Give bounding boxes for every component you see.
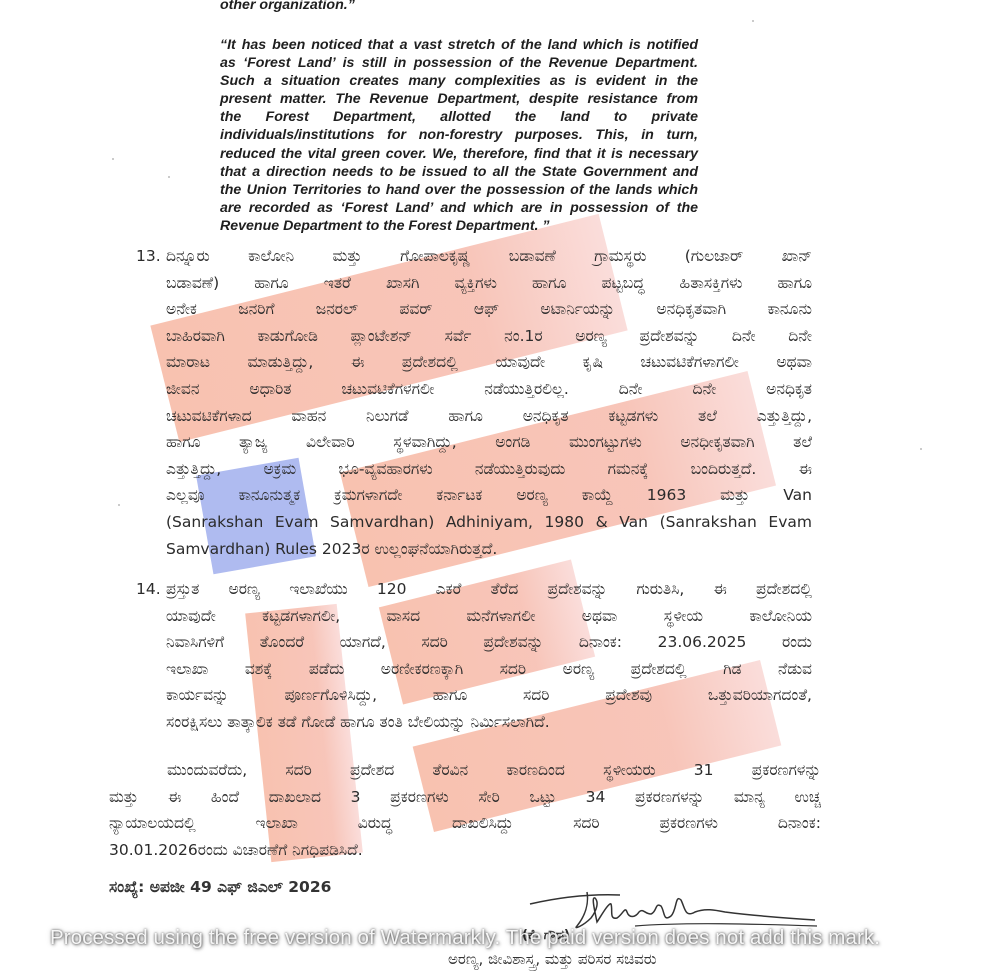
text-line: ಕಾರ್ಯವನ್ನು ಪೂರ್ಣಗೊಳಿಸಿದ್ದು, ಹಾಗೂ ಸದರಿ ಪ್…: [166, 682, 812, 709]
text-line: that a direction needs to be issued to a…: [220, 163, 698, 181]
paragraph-14-body: ಪ್ರಸ್ತುತ ಅರಣ್ಯ ಇಲಾಖೆಯು 120 ಎಕರೆ ತೆರೆದ ಪ್…: [166, 576, 812, 736]
reference-number: ಸಂಖ್ಯೆ: ಅಪಜೀ 49 ಎಫ್ ಜಿಎಲ್ 2026: [109, 878, 331, 897]
scan-speck: [752, 20, 754, 22]
text-line: ಹಾಗೂ ತ್ಯಾಜ್ಯ ವಿಲೇವಾರಿ ಸ್ಥಳವಾಗಿದ್ದು, ಅಂಗಡ…: [166, 429, 812, 456]
text-line: ಬಡಾವಣೆ) ಹಾಗೂ ಇತರೆ ಖಾಸಗಿ ವ್ಯಕ್ತಿಗಳು ಹಾಗೂ …: [166, 270, 812, 297]
text-line: ನ್ಯಾಯಾಲಯದಲ್ಲಿ ಇಲಾಖಾ ವಿರುದ್ಧ ದಾಖಲಿಸಿದ್ದು …: [109, 810, 821, 837]
text-line: ಚಟುವಟಿಕೆಗಳಾದ ವಾಹನ ನಿಲುಗಡೆ ಹಾಗೂ ಅನಧಿಕೃತ ಕ…: [166, 403, 812, 430]
paragraph-number: 14.: [136, 576, 161, 603]
text-line: present matter. The Revenue Department, …: [220, 90, 698, 108]
text-line: ಬಾಹಿರವಾಗಿ ಕಾಡುಗೋಡಿ ಪ್ಲಾಂಟೇಶನ್ ಸರ್ವೆ ನಂ.1…: [166, 323, 812, 350]
text-line: Revenue Department to the Forest Departm…: [220, 217, 698, 235]
text-line: as ‘Forest Land’ is still in possession …: [220, 54, 698, 72]
scan-speck: [920, 448, 922, 450]
text-line: Samvardhan) Rules 2023ರ ಉಲ್ಲಂಘನೆಯಾಗಿರುತ್…: [166, 536, 812, 563]
text-line: ಎತ್ತುತ್ತಿದ್ದು, ಅಕ್ರಮ ಭೂ-ವ್ಯವಹಾರಗಳು ನಡೆಯು…: [166, 456, 812, 483]
text-line: ದಿನ್ನೂರು ಕಾಲೋನಿ ಮತ್ತು ಗೋಪಾಲಕೃಷ್ಣ ಬಡಾವಣೆ …: [166, 243, 812, 270]
signatory-designation: ಅರಣ್ಯ, ಜೀವಿಶಾಸ್ತ್ರ, ಮತ್ತು ಪರಿಸರ ಸಚಿವರು: [448, 950, 657, 968]
text-line: ಜೀವನ ಅಧಾರಿತ ಚಟುವಟಿಕೆಗಳಗಲೀ ನಡೆಯುತ್ತಿರಲಿಲ್…: [166, 376, 812, 403]
paragraph-13: 13. ದಿನ್ನೂರು ಕಾಲೋನಿ ಮತ್ತು ಗೋಪಾಲಕೃಷ್ಣ ಬಡಾ…: [136, 243, 812, 562]
text-line: (Sanrakshan Evam Samvardhan) Adhiniyam, …: [166, 509, 812, 536]
text-line: 30.01.2026ರಂದು ವಿಚಾರಣೆಗೆ ನಿಗಧಿಪಡಿಸಿದೆ.: [109, 837, 821, 864]
text-line: reduced the vital green cover. We, there…: [220, 145, 698, 163]
text-line: the Forest Department, allotted the land…: [220, 108, 698, 126]
text-line: ನಿವಾಸಿಗಳಿಗೆ ತೊಂದರೆ ಯಾಗದೆ, ಸದರಿ ಪ್ರದೇಶವನ್…: [166, 629, 812, 656]
court-quote: “It has been noticed that a vast stretch…: [220, 36, 698, 235]
text-line: ಮುಂದುವರೆದು, ಸದರಿ ಪ್ರದೇಶದ ತೆರವಿನ ಕಾರಣದಿಂದ…: [109, 757, 821, 784]
text-line: “It has been noticed that a vast stretch…: [220, 36, 698, 54]
quote-line: other organization.”: [220, 0, 698, 14]
paragraph-14: 14. ಪ್ರಸ್ತುತ ಅರಣ್ಯ ಇಲಾಖೆಯು 120 ಎಕರೆ ತೆರೆ…: [136, 576, 812, 736]
scan-speck: [112, 158, 114, 160]
text-line: ಪ್ರಸ್ತುತ ಅರಣ್ಯ ಇಲಾಖೆಯು 120 ಎಕರೆ ತೆರೆದ ಪ್…: [166, 576, 812, 603]
text-line: ಮಾರಾಟ ಮಾಡುತ್ತಿದ್ದು, ಈ ಪ್ರದೇಶದಲ್ಲಿ ಯಾವುದೇ…: [166, 349, 812, 376]
scan-speck: [168, 176, 170, 178]
text-line: individuals/institutions for non-forestr…: [220, 126, 698, 144]
watermark-banner: Processed using the free version of Wate…: [50, 926, 950, 950]
text-line: ಎಲ್ಲವೂ ಕಾನೂನುತ್ಮಕ ಕ್ರಮಗಳಾಗದೇ ಕರ್ನಾಟಕ ಅರಣ…: [166, 482, 812, 509]
text-line: the Union Territories to hand over the p…: [220, 181, 698, 199]
document-page: other organization.” “It has been notice…: [0, 0, 1000, 975]
paragraph-continuation: ಮುಂದುವರೆದು, ಸದರಿ ಪ್ರದೇಶದ ತೆರವಿನ ಕಾರಣದಿಂದ…: [109, 757, 821, 863]
text-line: ಮತ್ತು ಈ ಹಿಂದೆ ದಾಖಲಾದ 3 ಪ್ರಕರಣಗಳು ಸೇರಿ ಒಟ…: [109, 784, 821, 811]
scan-speck: [118, 504, 120, 506]
text-line: ಯಾವುದೇ ಕಟ್ಟಡಗಳಾಗಲೀ, ವಾಸದ ಮನೆಗಳಾಗಲೀ ಅಥವಾ …: [166, 603, 812, 630]
text-line: are recorded as ‘Forest Land’ and which …: [220, 199, 698, 217]
text-line: ಅನೇಕ ಜನರಿಗೆ ಜನರಲ್ ಪವರ್ ಆಫ್ ಅಟಾರ್ನಿಯನ್ನು …: [166, 296, 812, 323]
paragraph-number: 13.: [136, 243, 161, 270]
paragraph-13-body: ದಿನ್ನೂರು ಕಾಲೋನಿ ಮತ್ತು ಗೋಪಾಲಕೃಷ್ಣ ಬಡಾವಣೆ …: [166, 243, 812, 562]
text-line: ಸಂರಕ್ಷಿಸಲು ತಾತ್ಕಾಲಿಕ ತಡೆ ಗೋಡೆ ಹಾಗೂ ತಂತಿ …: [166, 709, 812, 736]
quote-intro-tail: other organization.”: [220, 0, 698, 14]
text-line: ಇಲಾಖಾ ವಶಕ್ಕೆ ಪಡೆದು ಅರಣೀಕರಣಕ್ಕಾಗಿ ಸದರಿ ಅರ…: [166, 656, 812, 683]
text-line: Such a situation creates many complexiti…: [220, 72, 698, 90]
